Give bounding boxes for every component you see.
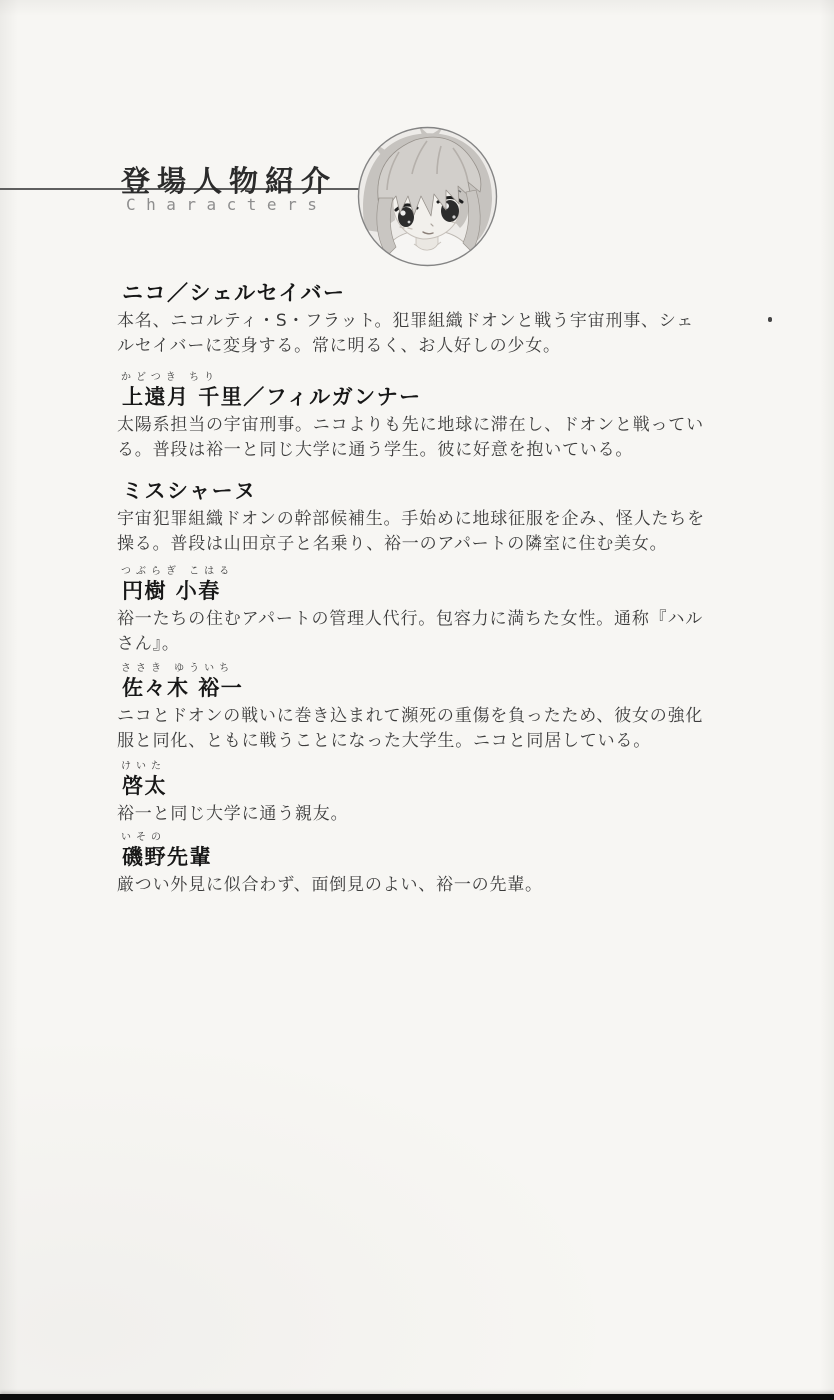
page-bottom-scan-edge: [0, 1394, 834, 1400]
furigana: つぶらぎ こはる: [117, 566, 757, 578]
character-entry-niko: ニコ／シェルセイバー 本名、ニコルティ・S・フラット。犯罪組織ドオンと戦う宇宙刑…: [117, 281, 757, 359]
character-entry-sasaki: ささき ゆういち 佐々木 裕一 ニコとドオンの戦いに巻き込まれて瀕死の重傷を負っ…: [117, 663, 757, 754]
description-line: 本名、ニコルティ・S・フラット。犯罪組織ドオンと戦う宇宙刑事、シェ: [117, 309, 757, 334]
description-line: 操る。普段は山田京子と名乗り、裕一のアパートの隣室に住む美女。: [117, 532, 757, 557]
character-description: 宇宙犯罪組織ドオンの幹部候補生。手始めに地球征服を企み、怪人たちを 操る。普段は…: [117, 507, 757, 557]
furigana: いその: [117, 832, 757, 844]
character-name: 佐々木 裕一: [117, 676, 757, 700]
furigana: かどつき ちり: [117, 372, 757, 384]
character-description: ニコとドオンの戦いに巻き込まれて瀕死の重傷を負ったため、彼女の強化 服と同化、と…: [117, 704, 757, 754]
character-name: ニコ／シェルセイバー: [117, 281, 757, 305]
character-description: 裕一たちの住むアパートの管理人代行。包容力に満ちた女性。通称『ハル さん』。: [117, 607, 757, 657]
character-list: ニコ／シェルセイバー 本名、ニコルティ・S・フラット。犯罪組織ドオンと戦う宇宙刑…: [117, 0, 757, 1400]
description-line: 太陽系担当の宇宙刑事。ニコよりも先に地球に滞在し、ドオンと戦ってい: [117, 413, 757, 438]
description-line: 裕一と同じ大学に通う親友。: [117, 802, 757, 827]
furigana: けいた: [117, 761, 757, 773]
character-name: 磯野先輩: [117, 845, 757, 869]
character-description: 本名、ニコルティ・S・フラット。犯罪組織ドオンと戦う宇宙刑事、シェ ルセイバーに…: [117, 309, 757, 359]
character-entry-misshanu: ミスシャーヌ 宇宙犯罪組織ドオンの幹部候補生。手始めに地球征服を企み、怪人たちを…: [117, 479, 757, 557]
character-name: ミスシャーヌ: [117, 479, 757, 503]
character-name: 上遠月 千里／フィルガンナー: [117, 385, 757, 409]
description-line: る。普段は裕一と同じ大学に通う学生。彼に好意を抱いている。: [117, 438, 757, 463]
furigana: ささき ゆういち: [117, 663, 757, 675]
character-description: 太陽系担当の宇宙刑事。ニコよりも先に地球に滞在し、ドオンと戦ってい る。普段は裕…: [117, 413, 757, 463]
description-line: 宇宙犯罪組織ドオンの幹部候補生。手始めに地球征服を企み、怪人たちを: [117, 507, 757, 532]
character-entry-tsuburagi: つぶらぎ こはる 円樹 小春 裕一たちの住むアパートの管理人代行。包容力に満ちた…: [117, 566, 757, 657]
description-line: 裕一たちの住むアパートの管理人代行。包容力に満ちた女性。通称『ハル: [117, 607, 757, 632]
description-line: さん』。: [117, 632, 757, 657]
character-name: 啓太: [117, 774, 757, 798]
character-entry-kadotsuki: かどつき ちり 上遠月 千里／フィルガンナー 太陽系担当の宇宙刑事。ニコよりも先…: [117, 372, 757, 463]
character-description: 裕一と同じ大学に通う親友。: [117, 802, 757, 827]
character-entry-keita: けいた 啓太 裕一と同じ大学に通う親友。: [117, 761, 757, 827]
description-line: 服と同化、ともに戦うことになった大学生。ニコと同居している。: [117, 729, 757, 754]
character-description: 厳つい外見に似合わず、面倒見のよい、裕一の先輩。: [117, 873, 757, 898]
book-page: 登場人物紹介 Characters: [0, 0, 834, 1400]
description-line: 厳つい外見に似合わず、面倒見のよい、裕一の先輩。: [117, 873, 757, 898]
character-entry-isono: いその 磯野先輩 厳つい外見に似合わず、面倒見のよい、裕一の先輩。: [117, 832, 757, 898]
character-name: 円樹 小春: [117, 579, 757, 603]
scan-speck: [768, 317, 772, 322]
description-line: ルセイバーに変身する。常に明るく、お人好しの少女。: [117, 334, 757, 359]
description-line: ニコとドオンの戦いに巻き込まれて瀕死の重傷を負ったため、彼女の強化: [117, 704, 757, 729]
